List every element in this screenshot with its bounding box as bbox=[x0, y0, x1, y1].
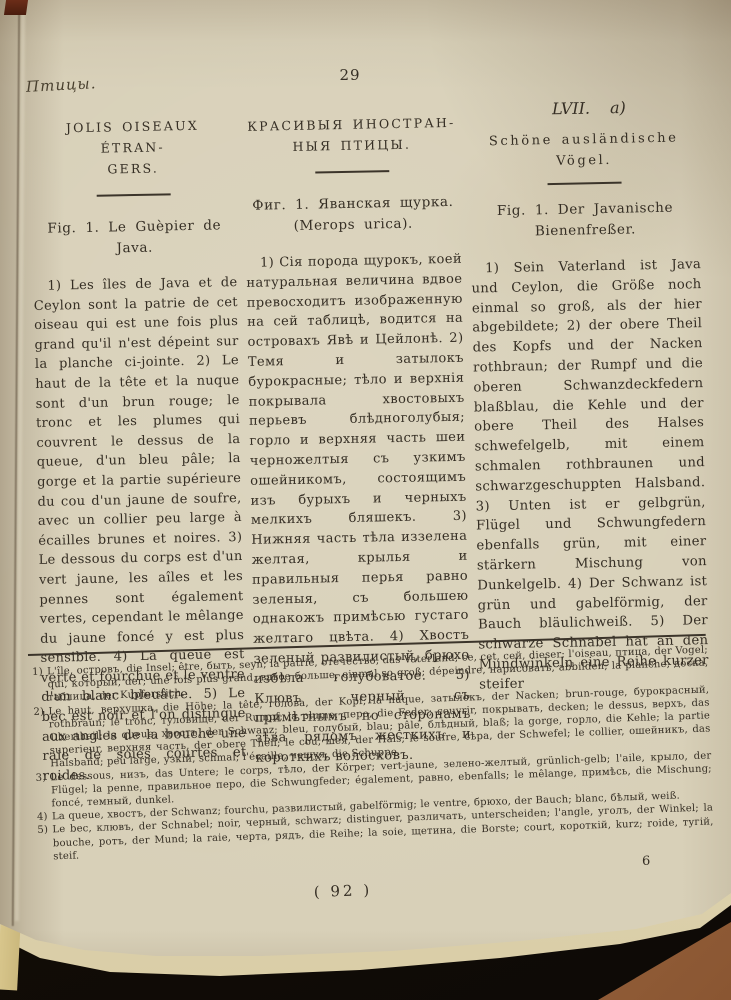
russian-caption-line2: (Merops urica). bbox=[245, 213, 461, 238]
footnote-number: 1) bbox=[32, 666, 43, 680]
footnote-number: 2) bbox=[33, 705, 44, 719]
heading-rule bbox=[315, 170, 389, 173]
book-photo: Птицы. 29 LVII. a) JOLIS OISEAUX ÉTRAN- … bbox=[0, 0, 731, 1000]
heading-rule bbox=[97, 193, 171, 196]
russian-figure-caption: Фиг. 1. Яванская щурка. (Merops urica). bbox=[245, 192, 462, 238]
page-number: 29 bbox=[318, 66, 382, 84]
german-figure-caption: Fig. 1. Der Javanische Bienenfreßer. bbox=[470, 197, 701, 243]
french-caption-line2: Java. bbox=[33, 236, 237, 261]
russian-heading: КРАСИВЫЯ ИНОСТРАН- НЫЯ ПТИЦЫ. bbox=[243, 112, 460, 158]
german-heading: Schöne ausländische Vögel. bbox=[469, 127, 700, 173]
binding-leather bbox=[4, 0, 28, 15]
russian-caption-line1: Фиг. 1. Яванская щурка. bbox=[245, 192, 461, 217]
book-page: Птицы. 29 LVII. a) JOLIS OISEAUX ÉTRAN- … bbox=[0, 0, 731, 1000]
german-caption-line1: Fig. 1. Der Javanische bbox=[470, 197, 700, 222]
german-body-text: 1) Sein Vaterland ist Java und Ceylon, d… bbox=[471, 255, 709, 695]
french-heading-line2: GERS. bbox=[31, 156, 235, 181]
signature-mark: 6 bbox=[642, 854, 650, 869]
footnote-number: 3) bbox=[36, 771, 47, 785]
footnote-number: 5) bbox=[37, 824, 48, 838]
footnote-block: 1) L'île, островъ, die Insel; être, быть… bbox=[30, 644, 714, 864]
french-caption-line1: Fig. 1. Le Guèpier de bbox=[32, 215, 236, 240]
russian-heading-line2: НЫЯ ПТИЦЫ. bbox=[244, 133, 460, 158]
heading-rule bbox=[548, 182, 622, 185]
french-figure-caption: Fig. 1. Le Guèpier de Java. bbox=[32, 215, 237, 261]
page-folio: ( 92 ) bbox=[278, 880, 409, 903]
footnote-number: 4) bbox=[37, 811, 48, 825]
french-heading: JOLIS OISEAUX ÉTRAN- GERS. bbox=[30, 114, 235, 181]
handwritten-note: Птицы. bbox=[26, 74, 97, 96]
german-caption-line2: Bienenfreßer. bbox=[470, 218, 700, 243]
german-heading-line2: Vögel. bbox=[469, 148, 699, 173]
french-heading-line1: JOLIS OISEAUX ÉTRAN- bbox=[30, 114, 235, 160]
russian-heading-line1: КРАСИВЫЯ ИНОСТРАН- bbox=[243, 112, 459, 137]
german-heading-line1: Schöne ausländische bbox=[469, 127, 699, 152]
